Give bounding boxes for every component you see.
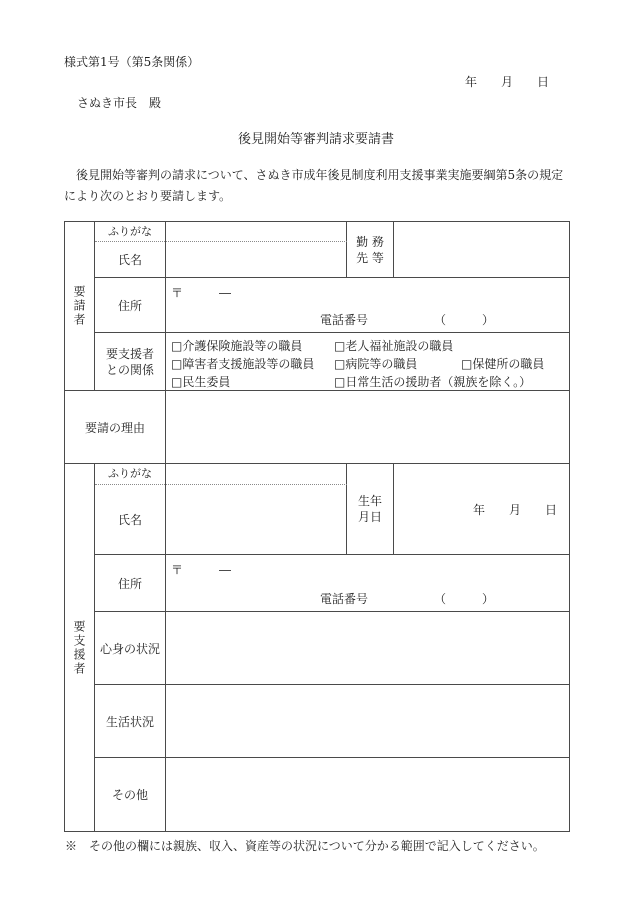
requester-name-label-cell: ふりがな 氏名 [95, 222, 166, 278]
requester-postal-mark: 〒 ― [171, 284, 231, 301]
furigana-name-divider [95, 484, 347, 485]
relation-label-line2: との関係 [106, 362, 154, 378]
furigana-name-divider [95, 241, 347, 242]
birth-label-line1: 生年 [358, 493, 382, 509]
condition-label-cell: 心身の状況 [95, 612, 166, 685]
supported-phone-line: 電話番号 （ ） [320, 590, 494, 607]
supported-name-input-cell [166, 464, 347, 555]
workplace-label-cell: 勤 務 先 等 [347, 222, 394, 278]
requester-furigana-label: ふりがな [95, 222, 165, 241]
footnote: ※ その他の欄には親族、収入、資産等の状況について分かる範囲で記入してください。 [65, 837, 605, 854]
other-label-cell: その他 [95, 758, 166, 831]
living-input-cell [166, 685, 569, 758]
option-care-insurance-facility-staff[interactable]: □介護保険施設等の職員 [171, 337, 302, 355]
requester-name-label: 氏名 [95, 241, 165, 277]
form-number: 様式第1号（第5条関係） [64, 53, 199, 70]
supported-furigana-label: ふりがな [95, 464, 165, 484]
supported-address-input-cell: 〒 ― 電話番号 （ ） [166, 555, 569, 612]
birth-label-line2: 月日 [358, 509, 382, 525]
option-elderly-welfare-facility-staff[interactable]: □老人福祉施設の職員 [334, 337, 453, 355]
option-disability-support-facility-staff[interactable]: □障害者支援施設等の職員 [171, 355, 314, 373]
date-line: 年 月 日 [64, 73, 549, 90]
option-health-center-staff[interactable]: □保健所の職員 [461, 355, 544, 373]
relation-option-row: □障害者支援施設等の職員 □病院等の職員 □保健所の職員 [166, 355, 569, 373]
supported-postal-mark: 〒 ― [171, 561, 231, 578]
document-title: 後見開始等審判請求要請書 [64, 128, 568, 147]
supported-name-label: 氏名 [95, 484, 165, 554]
other-input-cell [166, 758, 569, 831]
supported-group-cell: 要支援者 [65, 464, 95, 831]
requester-group-label: 要請者 [71, 285, 88, 327]
requester-group-cell: 要請者 [65, 222, 95, 391]
body-line-1: 後見開始等審判の請求について、さぬき市成年後見制度利用支援事業実施要綱第5条の規… [64, 165, 570, 186]
condition-input-cell [166, 612, 569, 685]
request-form-table: 要請者 ふりがな 氏名 勤 務 先 等 住所 〒 ― 電話番号 （ ） 要支援者… [64, 221, 570, 832]
living-label: 生活状況 [106, 713, 154, 730]
reason-input-cell [166, 391, 569, 464]
other-label: その他 [112, 786, 148, 803]
supported-name-label-cell: ふりがな 氏名 [95, 464, 166, 555]
option-daily-life-supporter[interactable]: □日常生活の援助者（親族を除く。） [334, 373, 531, 391]
birth-date-placeholder: 年 月 日 [473, 501, 557, 518]
requester-name-input-cell [166, 222, 347, 278]
birth-value-cell: 年 月 日 [394, 464, 569, 555]
requester-phone-line: 電話番号 （ ） [320, 311, 494, 328]
workplace-label-line1: 勤 務 [356, 234, 384, 250]
living-label-cell: 生活状況 [95, 685, 166, 758]
supported-group-label: 要支援者 [71, 620, 88, 676]
relation-label-cell: 要支援者 との関係 [95, 333, 166, 391]
requester-address-label: 住所 [118, 297, 142, 314]
workplace-label-line2: 先 等 [356, 250, 384, 266]
workplace-input-cell [394, 222, 569, 278]
supported-address-label: 住所 [118, 575, 142, 592]
relation-options-cell: □介護保険施設等の職員 □老人福祉施設の職員 □障害者支援施設等の職員 □病院等… [166, 333, 569, 391]
reason-label-cell: 要請の理由 [65, 391, 166, 464]
supported-address-label-cell: 住所 [95, 555, 166, 612]
body-line-2: により次のとおり要請します。 [64, 186, 570, 207]
body-paragraph: 後見開始等審判の請求について、さぬき市成年後見制度利用支援事業実施要綱第5条の規… [64, 165, 570, 207]
condition-label: 心身の状況 [100, 640, 160, 657]
requester-address-input-cell: 〒 ― 電話番号 （ ） [166, 278, 569, 333]
relation-option-row: □介護保険施設等の職員 □老人福祉施設の職員 [166, 337, 569, 355]
addressee: さぬき市長 殿 [77, 94, 161, 111]
relation-label-line1: 要支援者 [106, 346, 154, 362]
requester-address-label-cell: 住所 [95, 278, 166, 333]
option-hospital-staff[interactable]: □病院等の職員 [334, 355, 417, 373]
relation-options: □介護保険施設等の職員 □老人福祉施設の職員 □障害者支援施設等の職員 □病院等… [166, 333, 569, 390]
relation-option-row: □民生委員 □日常生活の援助者（親族を除く。） [166, 373, 569, 391]
birth-label-cell: 生年 月日 [347, 464, 394, 555]
document-page: { "header": { "form_number": "様式第1号（第5条関… [0, 0, 630, 903]
reason-label: 要請の理由 [85, 419, 145, 436]
option-welfare-commissioner[interactable]: □民生委員 [171, 373, 230, 391]
